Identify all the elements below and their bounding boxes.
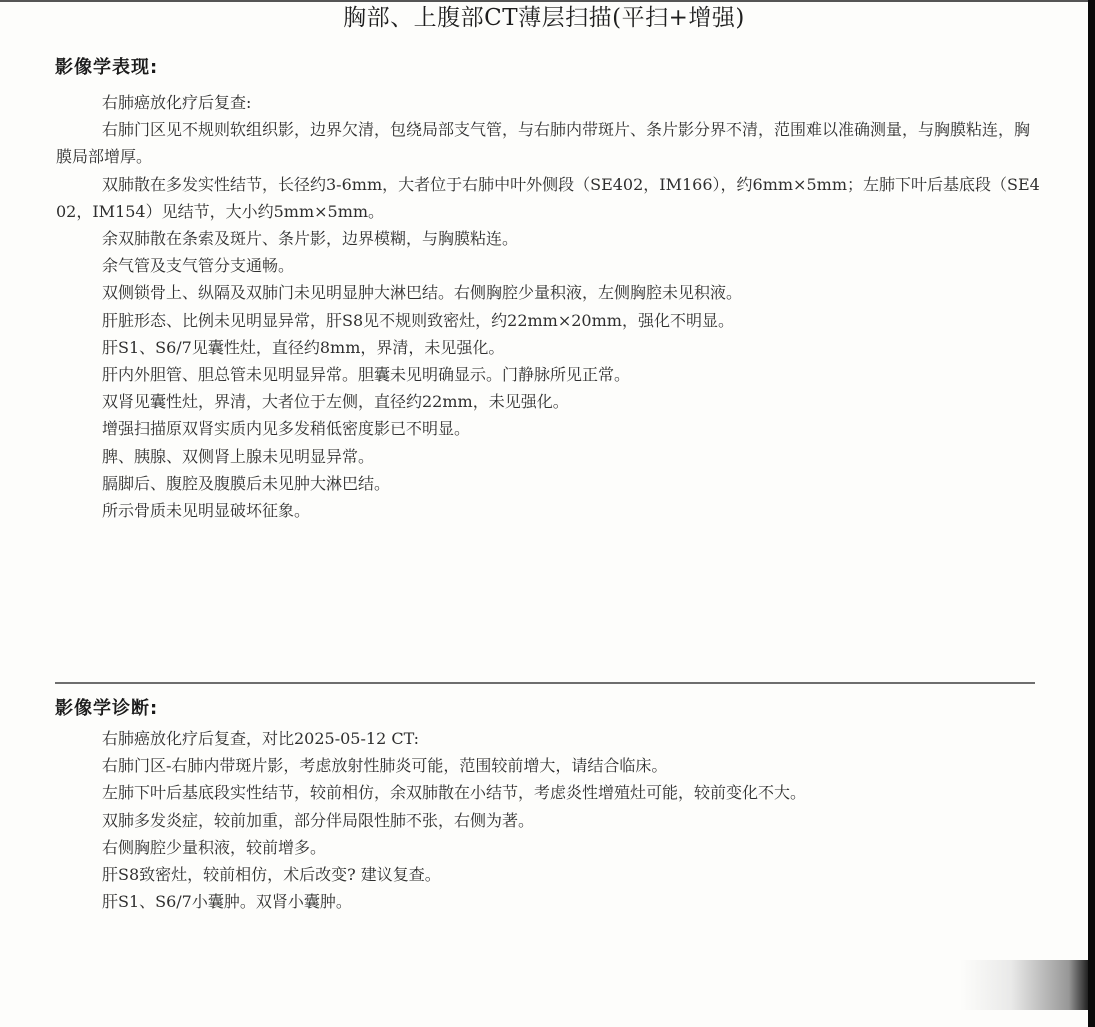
section-divider	[55, 682, 1035, 684]
diagnosis-paragraph: 肝S8致密灶，较前相仿，术后改变? 建议复查。	[56, 861, 1041, 888]
findings-paragraph: 肝内外胆管、胆总管未见明显异常。胆囊未见明确显示。门静脉所见正常。	[56, 361, 1041, 388]
diagnosis-paragraph: 右侧胸腔少量积液，较前增多。	[56, 834, 1041, 861]
diagnosis-paragraph: 肝S1、S6/7小囊肿。双肾小囊肿。	[56, 888, 1041, 915]
findings-paragraph: 双肺散在多发实性结节，长径约3-6mm，大者位于右肺中叶外侧段（SE402，IM…	[56, 171, 1041, 225]
findings-paragraph: 右肺门区见不规则软组织影，边界欠清，包绕局部支气管，与右肺内带斑片、条片影分界不…	[56, 116, 1041, 170]
right-frame-edge	[1088, 0, 1095, 1027]
findings-paragraph: 肝S1、S6/7见囊性灶，直径约8mm，界清，未见强化。	[56, 334, 1041, 361]
diagnosis-paragraph: 双肺多发炎症，较前加重，部分伴局限性肺不张，右侧为著。	[56, 807, 1041, 834]
diagnosis-section: 右肺癌放化疗后复查，对比2025-05-12 CT: 右肺门区-右肺内带斑片影，…	[56, 725, 1041, 915]
findings-paragraph: 余双肺散在条索及斑片、条片影，边界模糊，与胸膜粘连。	[56, 225, 1041, 252]
report-page: 胸部、上腹部CT薄层扫描(平扫+增强) 影像学表现: 右肺癌放化疗后复查: 右肺…	[0, 0, 1088, 1027]
findings-section: 右肺癌放化疗后复查: 右肺门区见不规则软组织影，边界欠清，包绕局部支气管，与右肺…	[56, 89, 1041, 524]
scroll-handle[interactable]	[960, 960, 1088, 1010]
top-border	[0, 0, 1088, 2]
findings-paragraph: 脾、胰腺、双侧肾上腺未见明显异常。	[56, 443, 1041, 470]
findings-paragraph: 余气管及支气管分支通畅。	[56, 252, 1041, 279]
findings-paragraph: 双侧锁骨上、纵隔及双肺门未见明显肿大淋巴结。右侧胸腔少量积液，左侧胸腔未见积液。	[56, 279, 1041, 306]
diagnosis-paragraph: 左肺下叶后基底段实性结节，较前相仿，余双肺散在小结节，考虑炎性增殖灶可能，较前变…	[56, 779, 1041, 806]
diagnosis-heading: 影像学诊断:	[55, 694, 158, 720]
findings-paragraph: 所示骨质未见明显破坏征象。	[56, 497, 1041, 524]
findings-paragraph: 增强扫描原双肾实质内见多发稍低密度影已不明显。	[56, 415, 1041, 442]
findings-paragraph: 双肾见囊性灶，界清，大者位于左侧，直径约22mm，未见强化。	[56, 388, 1041, 415]
findings-paragraph: 肝脏形态、比例未见明显异常，肝S8见不规则致密灶，约22mm×20mm，强化不明…	[56, 307, 1041, 334]
findings-heading: 影像学表现:	[55, 53, 158, 79]
report-title: 胸部、上腹部CT薄层扫描(平扫+增强)	[0, 3, 1088, 33]
diagnosis-paragraph: 右肺癌放化疗后复查，对比2025-05-12 CT:	[56, 725, 1041, 752]
findings-paragraph: 膈脚后、腹腔及腹膜后未见肿大淋巴结。	[56, 470, 1041, 497]
diagnosis-paragraph: 右肺门区-右肺内带斑片影，考虑放射性肺炎可能，范围较前增大，请结合临床。	[56, 752, 1041, 779]
findings-paragraph: 右肺癌放化疗后复查:	[56, 89, 1041, 116]
